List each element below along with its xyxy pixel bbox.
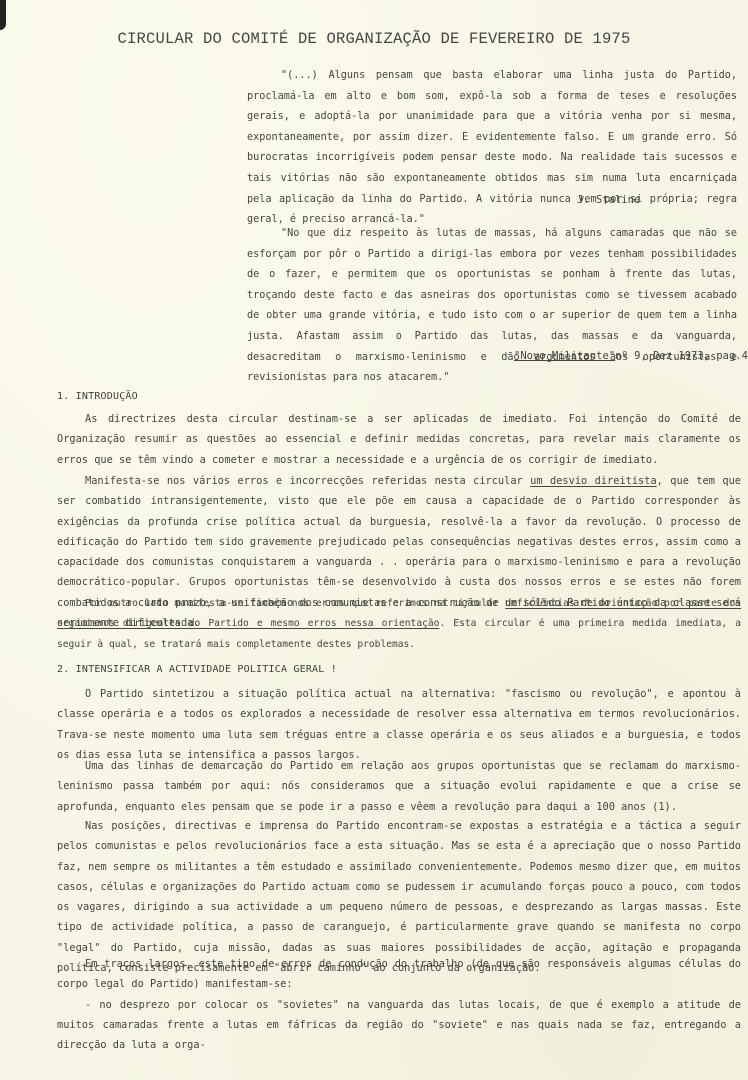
underlined-phrase: um desvio direitista [530,475,656,487]
epigraph-novo-militante: "No que diz respeito às lutas de massas,… [247,224,737,389]
scan-corner-mark [0,0,6,30]
section2-paragraph-4: Em traços largos, este tipo de erros de … [57,954,741,1055]
section2-paragraph-2: Uma das linhas de demarcação do Partido … [57,756,741,817]
document-title: CIRCULAR DO COMITÉ DE ORGANIZAÇÃO DE FEV… [0,30,748,48]
epigraph-source: "Novo Militante"nº 9, Dez.1973, pag.4 [514,350,748,362]
document-page: CIRCULAR DO COMITÉ DE ORGANIZAÇÃO DE FEV… [0,0,748,1080]
epigraph-text: "No que diz respeito às lutas de massas,… [247,224,737,389]
paragraph-text: Uma das linhas de demarcação do Partido … [57,756,741,817]
intro-paragraph-1: As directrizes desta circular destinam-s… [57,409,741,470]
paragraph-text: Em traços largos, este tipo de erros de … [57,954,741,995]
epigraph-text: "(...) Alguns pensam que basta elaborar … [247,66,737,231]
epigraph-attribution: J. Staline [577,194,640,206]
text-run: Manifesta-se nos vários erros e incorrec… [85,475,530,487]
text-run: Por outro lado manifesta-se também nos e… [85,598,505,609]
epigraph-staline: "(...) Alguns pensam que basta elaborar … [247,66,737,231]
source-title: "Novo Militante" [514,350,615,362]
paragraph-text: O Partido sintetizou a situação política… [57,684,741,765]
source-details: nº 9, Dez.1973, pag.4 [615,350,748,362]
intro-paragraph-3: Por outro lado manifesta-se também nos e… [57,594,741,655]
section-heading-introducao: 1. INTRODUÇÃO [57,391,138,402]
section-heading-intensificar: 2. INTENSIFICAR A ACTIVIDADE POLITICA GE… [57,664,337,675]
section2-paragraph-1: O Partido sintetizou a situação política… [57,684,741,765]
list-item-text: - no desprezo por colocar os "sovietes" … [57,995,741,1056]
paragraph-text: As directrizes desta circular destinam-s… [57,409,741,470]
paragraph-text: Por outro lado manifesta-se também nos e… [57,594,741,655]
